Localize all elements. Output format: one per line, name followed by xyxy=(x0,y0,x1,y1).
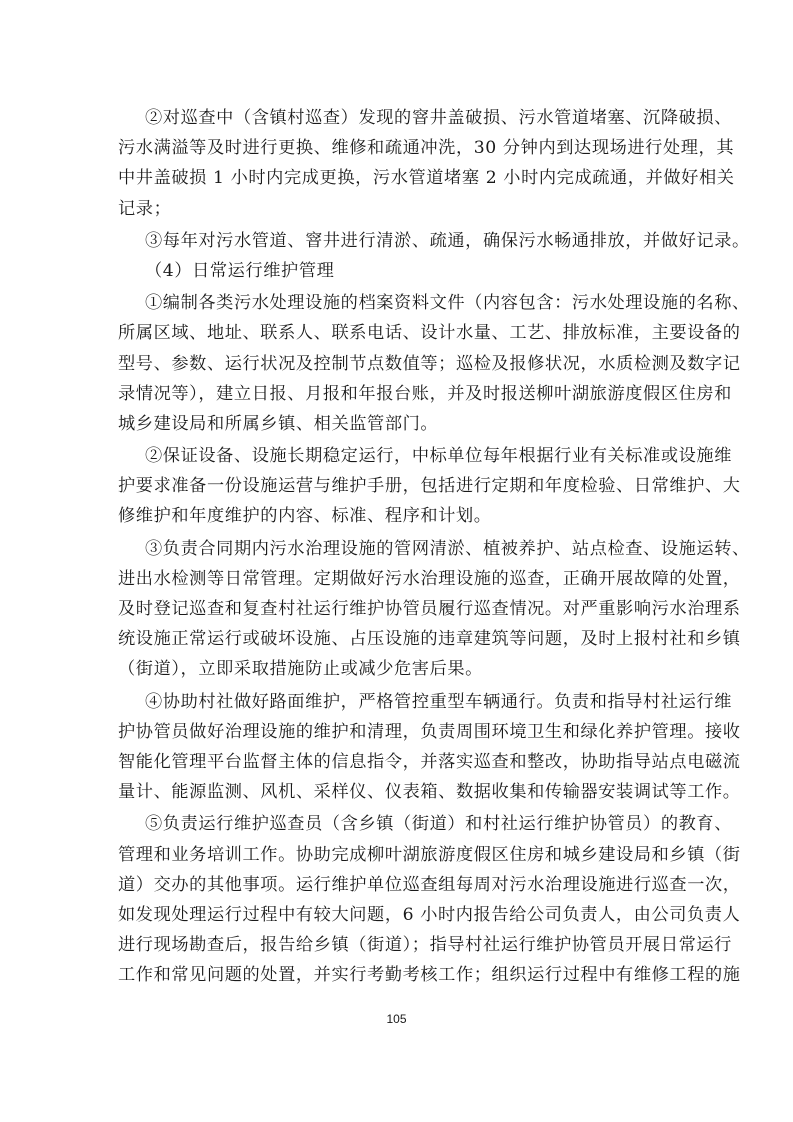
text-line: 智能化管理平台监督主体的信息指令，并落实巡查和整改，协助指导站点电磁流 xyxy=(118,747,678,777)
text-line: 及时登记巡查和复查村社运行维护协管员履行巡查情况。对严重影响污水治理系 xyxy=(118,594,678,624)
text-line: 型号、参数、运行状况及控制节点数值等；巡检及报修状况，水质检测及数字记 xyxy=(118,349,678,379)
text-line: 中井盖破损 1 小时内完成更换，污水管道堵塞 2 小时内完成疏通，并做好相关 xyxy=(118,163,678,193)
text-line: （街道），立即采取措施防止或减少危害后果。 xyxy=(118,654,678,684)
text-line: ③每年对污水管道、窨井进行清淤、疏通，确保污水畅通排放，并做好记录。 xyxy=(118,226,678,256)
text-line: 录情况等），建立日报、月报和年报台账，并及时报送柳叶湖旅游度假区住房和 xyxy=(118,379,678,409)
text-line: 工作和常见问题的处置，并实行考勤考核工作；组织运行过程中有维修工程的施 xyxy=(118,960,678,990)
heading-text: （4）日常运行维护管理 xyxy=(118,256,678,286)
text-line: ③负责合同期内污水治理设施的管网清淤、植被养护、站点检查、设施运转、 xyxy=(118,534,678,564)
text-line: ④协助村社做好路面维护，严格管控重型车辆通行。负责和指导村社运行维 xyxy=(118,687,678,717)
text-line: 进出水检测等日常管理。定期做好污水治理设施的巡查，正确开展故障的处置， xyxy=(118,564,678,594)
text-line: 城乡建设局和所属乡镇、相关监管部门。 xyxy=(118,409,678,439)
paragraph-manhole-repair: ②对巡查中（含镇村巡查）发现的窨井盖破损、污水管道堵塞、沉降破损、 污水满溢等及… xyxy=(118,103,678,224)
text-line: 如发现处理运行过程中有较大问题，6 小时内报告给公司负责人，由公司负责人 xyxy=(118,900,678,930)
page-number: 105 xyxy=(0,1012,793,1026)
text-line: 污水满溢等及时进行更换、维修和疏通冲洗，30 分钟内到达现场进行处理，其 xyxy=(118,133,678,163)
section-heading: （4）日常运行维护管理 xyxy=(118,256,678,286)
text-line: 所属区域、地址、联系人、联系电话、设计水量、工艺、排放标准，主要设备的 xyxy=(118,318,678,348)
paragraph-road-maintenance: ④协助村社做好路面维护，严格管控重型车辆通行。负责和指导村社运行维 护协管员做好… xyxy=(118,687,678,808)
text-line: 护协管员做好治理设施的维护和清理，负责周围环境卫生和绿化养护管理。接收 xyxy=(118,717,678,747)
text-line: ⑤负责运行维护巡查员（含乡镇（街道）和村社运行维护协管员）的教育、 xyxy=(118,809,678,839)
text-line: 量计、能源监测、风机、采样仪、仪表箱、数据收集和传输器安装调试等工作。 xyxy=(118,777,678,807)
text-line: 护要求准备一份设施运营与维护手册，包括进行定期和年度检验、日常维护、大 xyxy=(118,471,678,501)
paragraph-training: ⑤负责运行维护巡查员（含乡镇（街道）和村社运行维护协管员）的教育、 管理和业务培… xyxy=(118,809,678,990)
text-line: 统设施正常运行或破坏设施、占压设施的违章建筑等问题，及时上报村社和乡镇 xyxy=(118,624,678,654)
paragraph-stable-operation: ②保证设备、设施长期稳定运行，中标单位每年根据行业有关标准或设施维 护要求准备一… xyxy=(118,441,678,532)
paragraph-daily-management: ③负责合同期内污水治理设施的管网清淤、植被养护、站点检查、设施运转、 进出水检测… xyxy=(118,534,678,685)
text-line: 道）交办的其他事项。运行维护单位巡查组每周对污水治理设施进行巡查一次， xyxy=(118,870,678,900)
paragraph-archive-files: ①编制各类污水处理设施的档案资料文件（内容包含：污水处理设施的名称、 所属区域、… xyxy=(118,288,678,439)
text-line: 记录； xyxy=(118,194,678,224)
text-line: ②保证设备、设施长期稳定运行，中标单位每年根据行业有关标准或设施维 xyxy=(118,441,678,471)
text-line: ①编制各类污水处理设施的档案资料文件（内容包含：污水处理设施的名称、 xyxy=(118,288,678,318)
text-line: 管理和业务培训工作。协助完成柳叶湖旅游度假区住房和城乡建设局和乡镇（街 xyxy=(118,840,678,870)
document-body: ②对巡查中（含镇村巡查）发现的窨井盖破损、污水管道堵塞、沉降破损、 污水满溢等及… xyxy=(118,103,678,990)
text-line: 进行现场勘查后，报告给乡镇（街道）；指导村社运行维护协管员开展日常运行 xyxy=(118,930,678,960)
paragraph-annual-dredging: ③每年对污水管道、窨井进行清淤、疏通，确保污水畅通排放，并做好记录。 xyxy=(118,226,678,256)
document-page: ②对巡查中（含镇村巡查）发现的窨井盖破损、污水管道堵塞、沉降破损、 污水满溢等及… xyxy=(0,0,793,1122)
text-line: ②对巡查中（含镇村巡查）发现的窨井盖破损、污水管道堵塞、沉降破损、 xyxy=(118,103,678,133)
text-line: 修维护和年度维护的内容、标准、程序和计划。 xyxy=(118,501,678,531)
